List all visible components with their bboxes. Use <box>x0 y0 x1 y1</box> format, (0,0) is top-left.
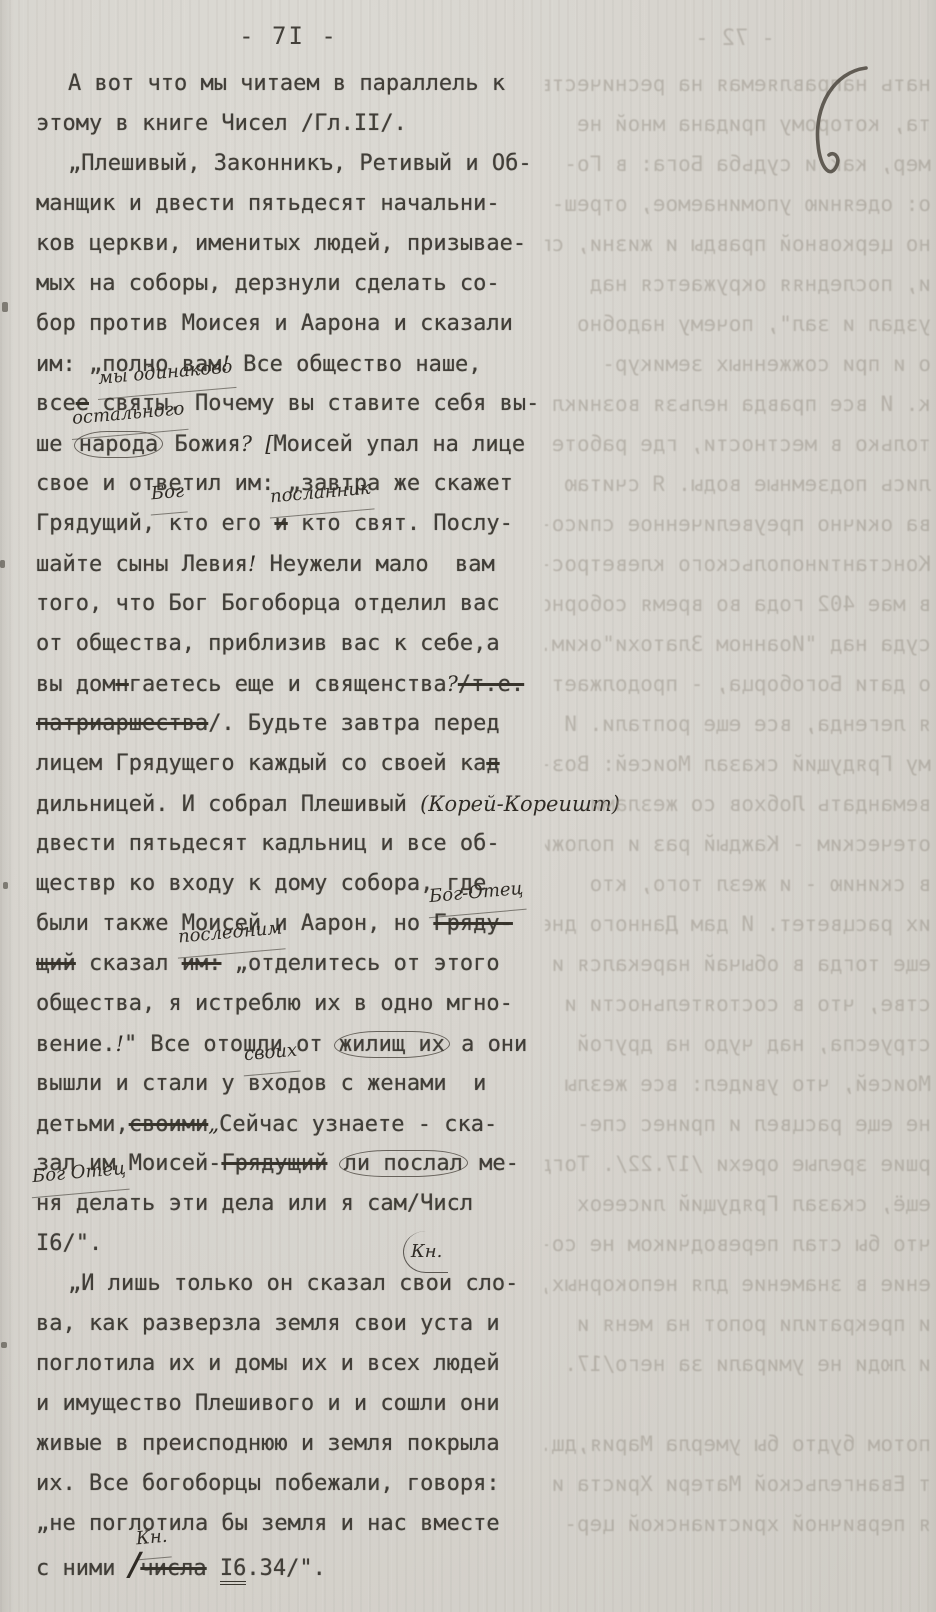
typed-text: этому в книге Чисел /Гл.II/. <box>36 111 407 136</box>
typed-text: ков церкви, именитых людей, призывае- <box>36 231 526 256</box>
bleed-through-line: только в местности, где работе <box>545 424 931 464</box>
bleed-through-line: что бы стал переводчиком не со- <box>545 1224 931 1264</box>
typed-line: с ними /Кн.числа I6.34/". <box>36 1544 548 1584</box>
bleed-through-line: суда над "Иоанном Златохи"оким. <box>545 624 931 664</box>
typed-text: Сейчас узнаете - ска- <box>219 1112 497 1137</box>
typed-text: ше <box>36 432 76 457</box>
typed-text <box>252 432 265 457</box>
typed-line: вы домнгаетесь еще и священства?/т.е. <box>36 664 548 704</box>
typed-text: „отделитесь от этого <box>221 951 499 976</box>
typed-text: гаетесь еще и священства <box>129 672 447 697</box>
typed-line: живые в преисподнюю и земля покрыла <box>36 1424 548 1464</box>
typed-text: кто свят. Послу- <box>288 511 513 536</box>
typed-line: двести пятьдесят кадльниц и все об- <box>36 824 548 864</box>
typed-text: вение. <box>36 1032 115 1057</box>
typed-text: от общества, приблизив вас к себе,а <box>36 631 500 656</box>
bleed-page-number: - 72 - <box>545 26 925 51</box>
typed-line: патриаршества/. Будьте завтра перед <box>36 704 548 744</box>
typed-line: щий сказал последнимим: „отделитесь от э… <box>36 944 548 984</box>
typed-text: поглотила их и домы их и всех людей <box>36 1351 500 1376</box>
bleed-through-line: о дати Богоборца, - продолжает <box>545 664 931 704</box>
typed-text: „И лишь только он сказал свои сло- <box>68 1271 518 1296</box>
bleed-through-line: в мае 402 года во время соборно- <box>545 584 931 624</box>
struck-text: числа <box>140 1556 206 1581</box>
typed-line: I6/". <box>36 1224 548 1264</box>
bleed-through-line: ршие зрелые орехи /17.22/. Тогда <box>545 1144 931 1184</box>
scan-artifact <box>1 1342 7 1348</box>
scan-artifact <box>3 882 8 889</box>
typed-text: шайте сыны Левия <box>36 552 248 577</box>
typed-text: /. Будьте завтра перед <box>208 711 499 736</box>
bleed-through-line: не еще расцвел и принес спе- <box>545 1104 931 1144</box>
typed-line: шайте сыны Левия! Неужели мало вам <box>36 544 548 584</box>
bleed-through-line: ение в знамение для непокорных, <box>545 1264 931 1304</box>
bleed-through-line: еще тогда в обычай нарекался и <box>545 944 931 984</box>
bleed-through-line: их расцветет. И дам Данного дне- <box>545 904 931 944</box>
typed-text: их. Все богоборцы побежали, говоря: <box>36 1471 500 1496</box>
typed-line: „И лишь только он сказал свои сло- <box>36 1264 548 1304</box>
bleed-through-line <box>545 1384 931 1424</box>
typed-text: мых на соборы, дерзнули сделать со- <box>36 271 500 296</box>
bleed-through-line: и прекратили ропот на меня и <box>545 1304 931 1344</box>
typed-text: детьми, <box>36 1112 129 1137</box>
typed-text: входов с женами и <box>248 1071 486 1096</box>
bleed-through-column: нать направляемая на ресничествата, кото… <box>545 64 931 1544</box>
typed-text: двести пятьдесят кадльниц и все об- <box>36 831 500 856</box>
typed-line: Бог Отецня делать эти дела или я самКн./… <box>36 1184 548 1224</box>
typed-text: с ними <box>36 1556 129 1581</box>
typed-text: Неужели мало вам <box>256 552 494 577</box>
bleed-through-line: и, последняя окружается над <box>545 264 931 304</box>
bleed-through-line: отеческим - Каждый раз и положи <box>545 824 931 864</box>
bleed-through-line: струеспа, над чудо на другой <box>545 1024 931 1064</box>
bleed-through-line: уздал и зал", почему надобно <box>545 304 931 344</box>
typed-line: были также Моисей и Аарон, но Бог-ОтецГр… <box>36 904 548 944</box>
typed-text: вы дом <box>36 672 115 697</box>
typed-text: и имущество Плешивого и и сошли они <box>36 1391 500 1416</box>
typed-text: ме- <box>466 1151 519 1176</box>
typed-text: сказал <box>76 951 182 976</box>
typed-line: мых на соборы, дерзнули сделать со- <box>36 264 548 304</box>
bleed-through-line: лись подземные воды. Я считаю <box>545 464 931 504</box>
typed-line: „не поглотила бы земля и нас вместе <box>36 1504 548 1544</box>
bleed-through-line: к. И все правда нельзя возникл <box>545 384 931 424</box>
typed-text-column: А вот что мы читаем в параллель кэтому в… <box>36 64 548 1584</box>
typed-line: лицем Грядущего каждый со своей кад <box>36 744 548 784</box>
scan-artifact <box>2 302 8 312</box>
pen-stroke-mark <box>768 56 878 201</box>
typed-text: живые в преисподнюю и земля покрыла <box>36 1431 500 1456</box>
struck-text: н <box>115 672 128 697</box>
typed-text: „не поглотила бы земля и нас вместе <box>36 1511 500 1536</box>
circled-text: жилищ их <box>334 1031 450 1058</box>
bleed-through-line: т Евангельской Матери Христа и <box>545 1464 931 1504</box>
typed-text: того, что Бог Богоборца отделил вас <box>36 591 500 616</box>
bleed-through-line: потом будто бы умерла Мария,дщ. <box>545 1424 931 1464</box>
typed-text: Моисей упал на лице <box>273 432 525 457</box>
struck-text: щий <box>36 951 76 976</box>
handwritten-text: „ <box>208 1112 219 1136</box>
typed-text: вышли и стали у <box>36 1071 248 1096</box>
bleed-through-line: ва окично преувеличенное списо- <box>545 504 931 544</box>
typed-line: этому в книге Чисел /Гл.II/. <box>36 104 548 144</box>
typed-text: „Плешивый, Законникъ, Ретивый и Об- <box>68 151 532 176</box>
typed-text: " Все отошли от <box>124 1032 336 1057</box>
typed-text: манщик и двести пятьдесят начальни- <box>36 191 500 216</box>
page-number: - 7I - <box>36 22 541 50</box>
typed-text: ва, как разверзла земля свои уста и <box>36 1311 500 1336</box>
typed-text: бор против Моисея и Аарона и сказали <box>36 311 513 336</box>
bleed-through-line: ещё, сказал Грядущий лисееох <box>545 1184 931 1224</box>
bleed-through-line: я легенда, все еще роптали. И <box>545 704 931 744</box>
typed-text: кто его <box>155 511 274 536</box>
typed-line: ва, как разверзла земля свои уста и <box>36 1304 548 1344</box>
typed-text <box>207 1556 220 1581</box>
handwritten-text: ? <box>241 432 252 456</box>
bleed-through-line: Константинопольского клеветрос- <box>545 544 931 584</box>
typed-line: поглотила их и домы их и всех людей <box>36 1344 548 1384</box>
struck-text: Грядущий <box>221 1151 327 1176</box>
typed-text: А вот что мы читаем в параллель к <box>68 71 505 96</box>
typed-line: детьми,своими„Сейчас узнаете - ска- <box>36 1104 548 1144</box>
bleed-through-line: но церковной правды и жизни, спо- <box>545 224 931 264</box>
struck-text: своими <box>129 1112 208 1137</box>
struck-text: /т.е. <box>458 672 524 697</box>
typed-line: бор против Моисея и Аарона и сказали <box>36 304 548 344</box>
circled-text: ли послал <box>339 1150 468 1177</box>
typed-text: Божия <box>161 432 240 457</box>
typed-line: дильницей. И собрал Плешивый (Корей-Коре… <box>36 784 548 824</box>
typed-line: от общества, приблизив вас к себе,а <box>36 624 548 664</box>
handwritten-text: ! <box>115 1032 123 1056</box>
underlined-number: I6 <box>220 1556 247 1585</box>
typed-line: ков церкви, именитых людей, призывае- <box>36 224 548 264</box>
struck-text: патриаршества <box>36 711 208 736</box>
struck-text: д <box>486 751 499 776</box>
scan-artifact <box>0 560 5 568</box>
typed-text: ня делать эти дела или я сам <box>36 1191 407 1216</box>
typed-line: общества, я истреблю их в одно мгно- <box>36 984 548 1024</box>
typed-line: вышли и стали у своихвходов с женами и <box>36 1064 548 1104</box>
typed-text: дильницей. И собрал Плешивый <box>36 792 420 817</box>
typed-line: манщик и двести пятьдесят начальни- <box>36 184 548 224</box>
bleed-through-line: вемандать Лобхов со жезлами <box>545 784 931 824</box>
typed-text: /Числ <box>407 1191 473 1216</box>
typed-line: „Плешивый, Законникъ, Ретивый и Об- <box>36 144 548 184</box>
typed-text: общества, я истреблю их в одно мгно- <box>36 991 513 1016</box>
typed-text: ществр ко входу к дому собора, где <box>36 871 486 896</box>
typed-text: Грядущий, <box>36 511 155 536</box>
bleed-through-line: Моисей, что увидел: все жезлы <box>545 1064 931 1104</box>
bleed-through-line: о и при сожженных земикур- <box>545 344 931 384</box>
bleed-through-line: и люди не умирали за него/17. <box>545 1344 931 1384</box>
bleed-through-line: я первичной христианской цер- <box>545 1504 931 1544</box>
typed-line: Грядущий,Бог кто его посланники кто свят… <box>36 504 548 544</box>
bleed-through-line: му Грядущий сказал Моисей: Воз- <box>545 744 931 784</box>
typed-text: I6/". <box>36 1231 102 1256</box>
typed-line: А вот что мы читаем в параллель к <box>36 64 548 104</box>
typed-text: лицем Грядущего каждый со своей ка <box>36 751 486 776</box>
bleed-through-line: в скинию - и жезл того, кто <box>545 864 931 904</box>
typed-text: а они <box>448 1032 527 1057</box>
typed-text: .34/". <box>246 1556 325 1581</box>
handwritten-text: ? <box>447 672 458 696</box>
typed-line: их. Все богоборцы побежали, говоря: <box>36 1464 548 1504</box>
typed-text: Все общество наше, <box>230 352 482 377</box>
typed-line: того, что Бог Богоборца отделил вас <box>36 584 548 624</box>
bleed-through-line: стве, что в состоятельности и <box>545 984 931 1024</box>
typed-line: ше остальногонарода Божия? [Моисей упал … <box>36 424 548 464</box>
typed-line: и имущество Плешивого и и сошли они <box>36 1384 548 1424</box>
